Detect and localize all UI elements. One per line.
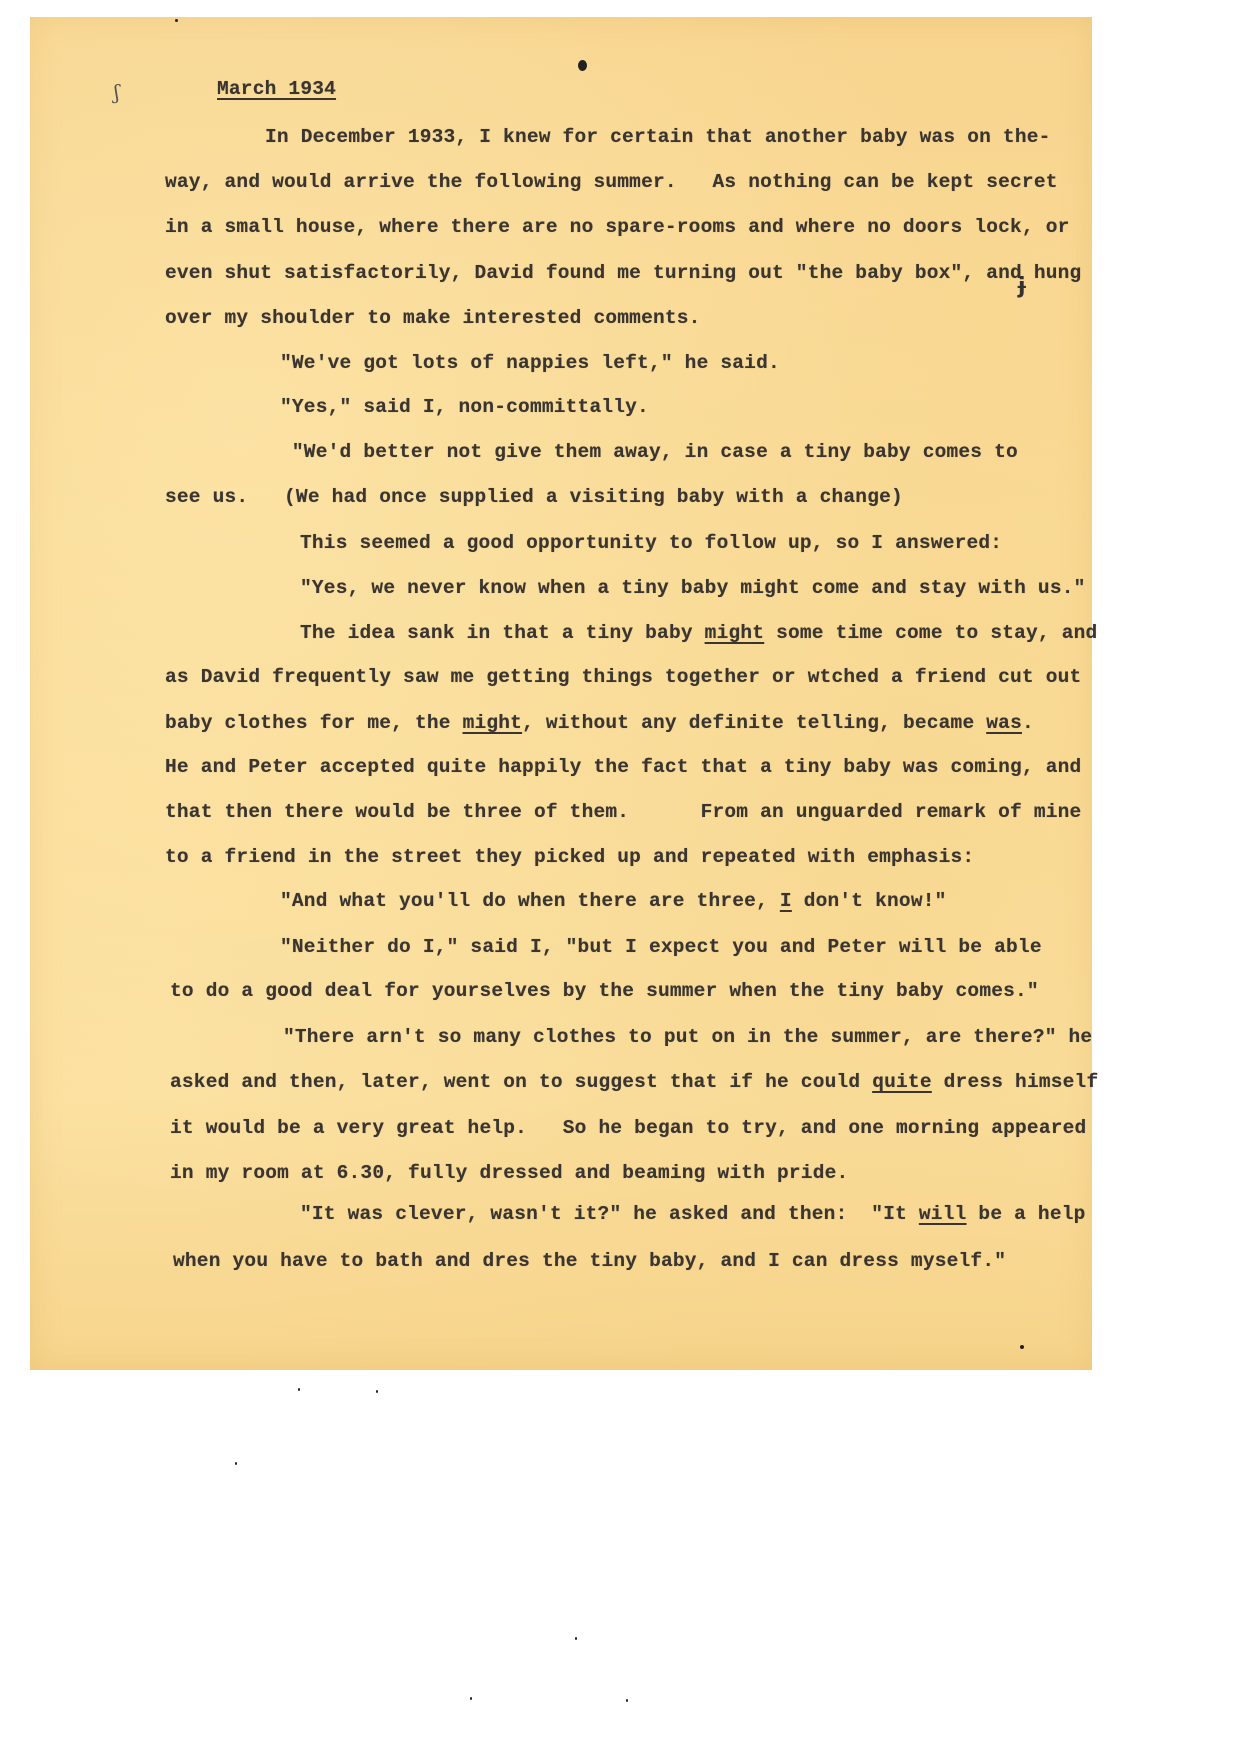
text-line: The idea sank in that a tiny baby might …: [300, 624, 1097, 644]
text-line: asked and then, later, went on to sugges…: [170, 1073, 1098, 1093]
text-line: it would be a very great help. So he beg…: [170, 1119, 1086, 1139]
text-line: over my shoulder to make interested comm…: [165, 309, 701, 329]
text-line: This seemed a good opportunity to follow…: [300, 534, 1002, 554]
text-line: to do a good deal for yourselves by the …: [170, 982, 1039, 1002]
underlined-word: will: [919, 1203, 967, 1225]
ink-blot: [578, 60, 587, 71]
text-line: "We've got lots of nappies left," he sai…: [280, 354, 780, 374]
speck: [626, 1699, 628, 1702]
speck: [376, 1390, 378, 1393]
text-line: "It was clever, wasn't it?" he asked and…: [300, 1205, 1086, 1225]
underlined-word: was: [986, 712, 1022, 734]
text-line: "And what you'll do when there are three…: [280, 892, 947, 912]
text-line: "There arn't so many clothes to put on i…: [283, 1028, 1092, 1048]
text-line: to a friend in the street they picked up…: [165, 848, 974, 868]
text-line: way, and would arrive the following summ…: [165, 173, 1058, 193]
speck: [1020, 1345, 1024, 1349]
speck: [298, 1388, 300, 1391]
top-speck: [175, 19, 178, 22]
margin-pencil-mark: ʃ: [114, 80, 119, 104]
text-line: "We'd better not give them away, in case…: [280, 443, 1018, 463]
text-line: even shut satisfactorily, David found me…: [165, 264, 1081, 284]
text-line: "Yes," said I, non-committally.: [280, 398, 649, 418]
underlined-word: might: [463, 712, 523, 734]
text-line: as David frequently saw me getting thing…: [165, 668, 1081, 688]
text-line: "Neither do I," said I, "but I expect yo…: [280, 938, 1042, 958]
underlined-word: quite: [872, 1071, 932, 1093]
underlined-word: I: [780, 890, 792, 912]
text-line: see us. (We had once supplied a visiting…: [165, 488, 903, 508]
speck: [575, 1637, 577, 1640]
speck: [235, 1462, 237, 1465]
text-line: baby clothes for me, the might, without …: [165, 714, 1034, 734]
text-line: in my room at 6.30, fully dressed and be…: [170, 1164, 848, 1184]
underlined-word: might: [705, 622, 765, 644]
text-line: "Yes, we never know when a tiny baby mig…: [300, 579, 1086, 599]
text-line: In December 1933, I knew for certain tha…: [265, 128, 1051, 148]
text-line: when you have to bath and dres the tiny …: [173, 1252, 1006, 1272]
text-line: He and Peter accepted quite happily the …: [165, 758, 1081, 778]
page-heading: March 1934: [217, 80, 336, 100]
speck: [470, 1697, 472, 1700]
text-line: that then there would be three of them. …: [165, 803, 1081, 823]
text-line: in a small house, where there are no spa…: [165, 218, 1070, 238]
